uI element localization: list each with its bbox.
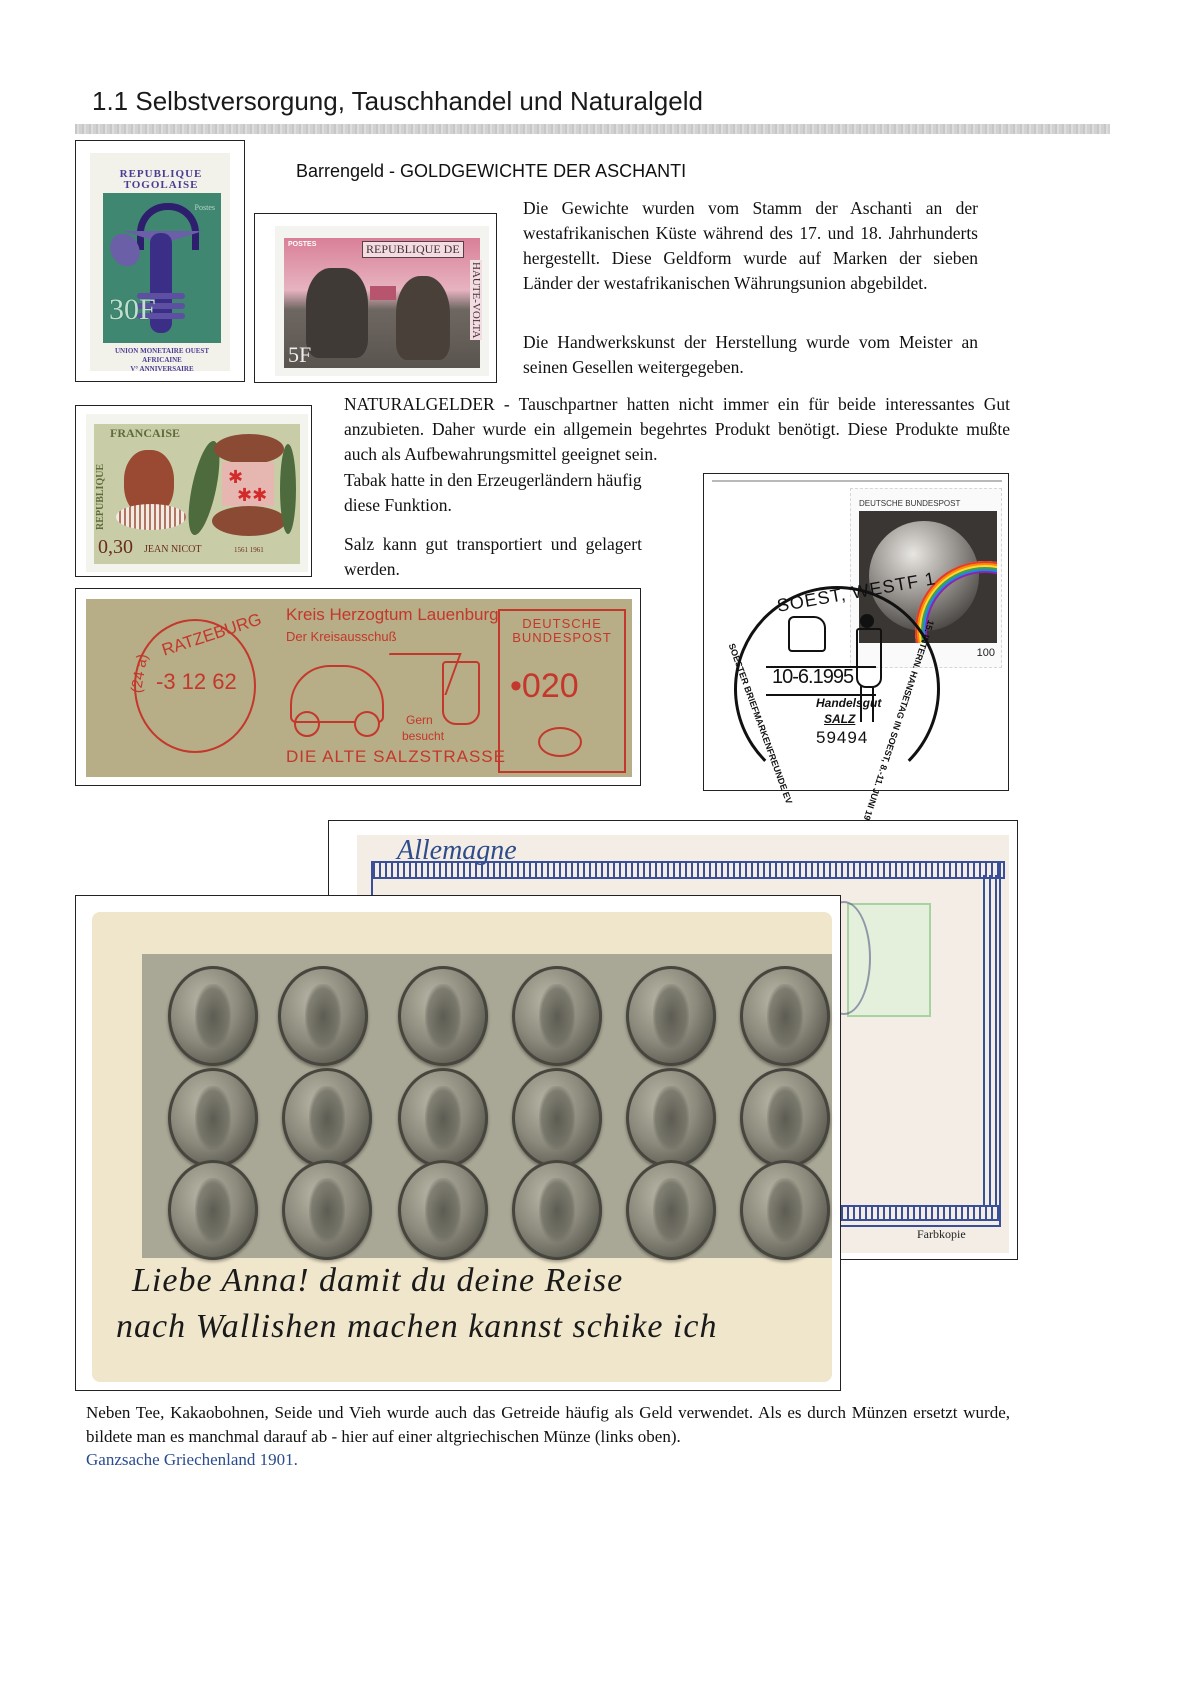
coin-photo <box>142 954 832 1258</box>
farbkopie-caption: Farbkopie <box>917 1227 966 1242</box>
meter-mark: RATZEBURG (24 a) -3 12 62 Kreis Herzogtu… <box>86 599 632 777</box>
soest-cover-frame: DEUTSCHE BUNDESPOST 100 SOEST, WESTF 1 1… <box>703 473 1009 791</box>
coin <box>740 966 830 1066</box>
meter-line2: Der Kreisausschuß <box>286 629 397 644</box>
coin-postcard-frame: Liebe Anna! damit du deine Reise nach Wa… <box>75 895 841 1391</box>
volta-postes: POSTES <box>288 241 316 248</box>
togo-country-line2: TOGOLAISE <box>102 180 220 191</box>
coin <box>740 1068 830 1168</box>
soest-stamp-header: DEUTSCHE BUNDESPOST <box>859 499 960 508</box>
volta-craftsman <box>306 268 368 358</box>
togo-stamp-frame: REPUBLIQUE TOGOLAISE Postes 30F UNION MO… <box>75 140 245 382</box>
meter-line1: Kreis Herzogtum Lauenburg <box>286 605 499 625</box>
coat-of-arms-icon <box>442 661 480 725</box>
meter-slogan: DIE ALTE SALZSTRASSE <box>286 747 506 767</box>
france-side: REPUBLIQUE <box>95 430 106 530</box>
meter-date: -3 12 62 <box>156 669 237 695</box>
coin-wheat-2 <box>278 966 368 1066</box>
meter-gern: Gern <box>406 713 433 727</box>
volta-stamp: POSTES REPUBLIQUE DE HAUTE-VOLTA 5F <box>275 226 489 376</box>
aschanti-paragraph-1: Die Gewichte wurden vom Stamm der Aschan… <box>523 196 978 296</box>
page-title: 1.1 Selbstversorgung, Tauschhandel und N… <box>92 86 703 117</box>
coin <box>626 1160 716 1260</box>
coin <box>626 966 716 1066</box>
coin <box>740 1160 830 1260</box>
france-name: JEAN NICOT <box>144 544 202 555</box>
title-rule <box>75 124 1110 134</box>
coin <box>282 1160 372 1260</box>
coin-wheat-1 <box>168 966 258 1066</box>
france-stamp: FRANCAISE REPUBLIQUE ✱ ✱✱ 0,30 JEAN NICO… <box>86 414 308 572</box>
togo-stamp-image: Postes 30F <box>103 193 221 343</box>
meter-besucht: besucht <box>402 729 444 743</box>
coin <box>512 1160 602 1260</box>
salt-carrier-figure <box>852 614 882 734</box>
meter-value: •020 <box>510 667 579 706</box>
volta-goldweights <box>370 286 396 300</box>
france-stamp-frame: FRANCAISE REPUBLIQUE ✱ ✱✱ 0,30 JEAN NICO… <box>75 405 312 577</box>
coin <box>512 1068 602 1168</box>
togo-footer2: V° ANNIVERSAIRE <box>98 365 226 374</box>
coin <box>626 1068 716 1168</box>
coin <box>282 1068 372 1168</box>
handwriting-line-1: Liebe Anna! damit du deine Reise <box>132 1262 623 1300</box>
volta-stamp-image: POSTES REPUBLIQUE DE HAUTE-VOLTA 5F <box>284 238 480 368</box>
meter-post1: DEUTSCHE <box>508 617 616 631</box>
togo-stamp: REPUBLIQUE TOGOLAISE Postes 30F UNION MO… <box>90 153 230 371</box>
togo-value: 30F <box>109 293 156 327</box>
meter-post2: BUNDESPOST <box>508 631 616 645</box>
meter-value-box: DEUTSCHE BUNDESPOST •020 <box>498 609 626 773</box>
coin <box>398 1068 488 1168</box>
volta-country-side: HAUTE-VOLTA <box>470 260 482 340</box>
salt-blocks-icon <box>788 616 826 652</box>
coin <box>512 966 602 1066</box>
volta-apprentice <box>396 276 450 360</box>
togo-footer1: UNION MONETAIRE OUEST AFRICAINE <box>98 347 226 365</box>
france-value: 0,30 <box>98 536 133 559</box>
volta-country-top: REPUBLIQUE DE <box>362 241 464 258</box>
bottom-paragraph: Neben Tee, Kakaobohnen, Seide und Vieh w… <box>86 1401 1010 1449</box>
naturalgelder-paragraph: NATURALGELDER - Tauschpartner hatten nic… <box>344 392 1010 467</box>
coin-postcard: Liebe Anna! damit du deine Reise nach Wa… <box>92 912 832 1382</box>
soest-postmark-line2: SALZ <box>824 712 855 726</box>
soest-postmark-date: 10-6.1995 <box>772 666 853 689</box>
tabak-paragraph: Tabak hatte in den Erzeugerländern häufi… <box>344 468 644 518</box>
section-subtitle: Barrengeld - GOLDGEWICHTE DER ASCHANTI <box>296 161 686 182</box>
tobacco-flowers: ✱ ✱✱ <box>222 462 274 506</box>
togo-postes: Postes <box>195 203 215 212</box>
volta-stamp-frame: POSTES REPUBLIQUE DE HAUTE-VOLTA 5F <box>254 213 497 383</box>
coin <box>168 1160 258 1260</box>
france-years: 1561 1961 <box>234 546 264 554</box>
bottom-caption: Ganzsache Griechenland 1901. <box>86 1450 298 1470</box>
posthorn-icon <box>538 727 582 757</box>
volta-value: 5F <box>288 342 311 368</box>
coin <box>168 1068 258 1168</box>
france-country: FRANCAISE <box>110 426 180 441</box>
france-stamp-image: FRANCAISE REPUBLIQUE ✱ ✱✱ 0,30 JEAN NICO… <box>94 424 300 564</box>
coin <box>398 1160 488 1260</box>
coin <box>398 966 488 1066</box>
aschanti-paragraph-2: Die Handwerkskunst der Herstellung wurde… <box>523 330 978 380</box>
handwriting-line-2: nach Wallishen machen kannst schike ich <box>116 1308 717 1346</box>
salz-paragraph: Salz kann gut transportiert und gelagert… <box>344 532 642 582</box>
meter-mark-frame: RATZEBURG (24 a) -3 12 62 Kreis Herzogtu… <box>75 588 641 786</box>
soest-stamp-value: 100 <box>977 647 995 659</box>
